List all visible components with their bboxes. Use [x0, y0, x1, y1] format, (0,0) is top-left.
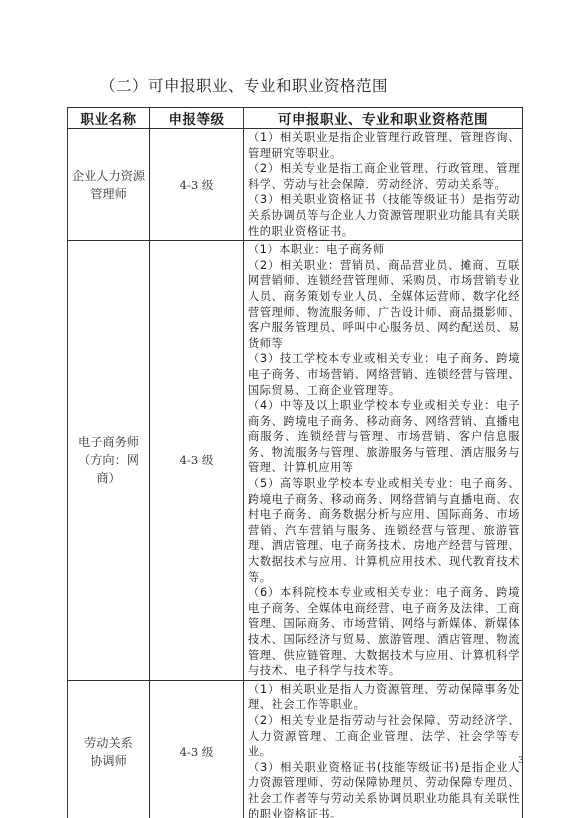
- header-scope: 可申报职业、专业和职业资格范围: [244, 108, 523, 129]
- occupation-name-line: 管理师: [69, 185, 148, 203]
- scope-item: （1）本职业：电子商务师: [248, 242, 520, 258]
- scope-item: （2）相关职业：营销员、商品营业员、摊商、互联网营销师、连锁经营管理师、采购员、…: [248, 258, 520, 352]
- header-apply-level: 申报等级: [150, 108, 244, 129]
- apply-level: 4-3 级: [150, 680, 244, 818]
- scope-item: （3）技工学校本专业或相关专业：电子商务、跨境电子商务、市场营销、网络营销、连锁…: [248, 351, 520, 398]
- occupation-name-line: 电子商务师: [69, 433, 148, 451]
- scope-item: （3）相关职业资格证书(技能等级证书)是指企业人力资源管理师、劳动保障协理员、劳…: [248, 760, 520, 818]
- table-row: 企业人力资源 管理师 4-3 级 （1）相关职业是指企业管理行政管理、管理咨询、…: [68, 129, 523, 241]
- scope-cell: （1）本职业：电子商务师 （2）相关职业：营销员、商品营业员、摊商、互联网营销师…: [244, 241, 523, 681]
- header-occupation-name: 职业名称: [68, 108, 150, 129]
- scope-item: （1）相关职业是指人力资源管理、劳动保障事务处理、社会工作等职业。: [248, 682, 520, 713]
- table-row: 电子商务师 （方向：网商） 4-3 级 （1）本职业：电子商务师 （2）相关职业…: [68, 241, 523, 681]
- occupation-name: 企业人力资源 管理师: [68, 129, 150, 241]
- occupation-name-line: 企业人力资源: [69, 167, 148, 185]
- page-number: 3: [518, 756, 524, 766]
- apply-level: 4-3 级: [150, 241, 244, 681]
- scope-item: （2）相关专业是指工商企业管理、行政管理、管理科学、劳动与社会保障．劳动经济、劳…: [248, 161, 520, 192]
- section-title: （二）可申报职业、专业和职业资格范围: [100, 74, 388, 96]
- apply-level: 4-3 级: [150, 129, 244, 241]
- table-row: 劳动关系 协调师 4-3 级 （1）相关职业是指人力资源管理、劳动保障事务处理、…: [68, 680, 523, 818]
- scope-item: （2）相关专业是指劳动与社会保障、劳动经济学、人力资源管理、工商企业管理、法学、…: [248, 713, 520, 760]
- scope-item: （3）相关职业资格证书（技能等级证书）是指劳动关系协调员等与企业人力资源管理职业…: [248, 192, 520, 239]
- occupation-name-line: 协调师: [69, 752, 148, 770]
- scope-item: （4）中等及以上职业学校本专业或相关专业：电子商务、跨境电子商务、移动商务、网络…: [248, 398, 520, 476]
- scope-item: （1）相关职业是指企业管理行政管理、管理咨询、管理研究等职业。: [248, 130, 520, 161]
- occupation-name: 电子商务师 （方向：网商）: [68, 241, 150, 681]
- occupation-name: 劳动关系 协调师: [68, 680, 150, 818]
- scope-item: （5）高等职业学校本专业或相关专业：电子商务、跨境电子商务、移动商务、网络营销与…: [248, 476, 520, 585]
- qualification-table: 职业名称 申报等级 可申报职业、专业和职业资格范围 企业人力资源 管理师 4-3…: [67, 107, 523, 818]
- occupation-name-line: 劳动关系: [69, 734, 148, 752]
- table-header-row: 职业名称 申报等级 可申报职业、专业和职业资格范围: [68, 108, 523, 129]
- scope-cell: （1）相关职业是指人力资源管理、劳动保障事务处理、社会工作等职业。 （2）相关专…: [244, 680, 523, 818]
- occupation-name-line: （方向：网商）: [69, 451, 148, 487]
- scope-item: （6）本科院校本专业或相关专业：电子商务、跨境电子商务、全媒体电商经营、电子商务…: [248, 585, 520, 679]
- scope-cell: （1）相关职业是指企业管理行政管理、管理咨询、管理研究等职业。 （2）相关专业是…: [244, 129, 523, 241]
